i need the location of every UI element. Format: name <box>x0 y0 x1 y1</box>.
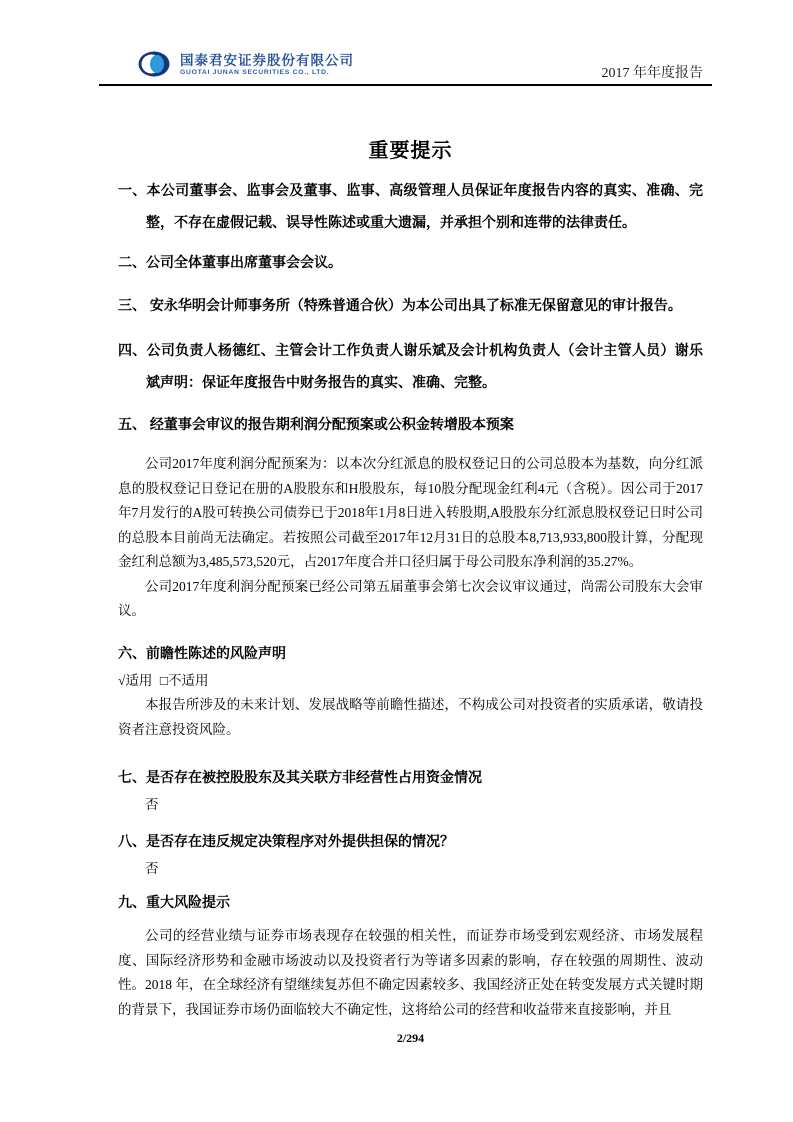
company-logo-icon <box>138 51 172 77</box>
applicability-line: √适用□不适用 <box>118 669 703 694</box>
report-title: 2017 年年度报告 <box>602 62 704 82</box>
section-8-heading: 八、是否存在违反规定决策程序对外提供担保的情况？ <box>118 825 703 857</box>
section-3-audit-report: 三、 安永华明会计师事务所（特殊普通合伙）为本公司出具了标准无保留意见的审计报告… <box>118 289 703 321</box>
section-9-heading: 九、重大风险提示 <box>118 886 703 918</box>
section-4-heading: 四、公司负责人杨德红、主管会计工作负责人谢乐斌及会计机构负责人（会计主管人员）谢… <box>118 334 703 398</box>
section-7-answer: 否 <box>118 793 703 818</box>
document-body: 重要提示 一、本公司董事会、监事会及董事、监事、高级管理人员保证年度报告内容的真… <box>118 138 703 1022</box>
section-1-board-assurance: 一、本公司董事会、监事会及董事、监事、高级管理人员保证年度报告内容的真实、准确、… <box>118 174 703 238</box>
page-number: 2/294 <box>397 1031 424 1045</box>
section-9-major-risk-notice: 九、重大风险提示 公司的经营业绩与证券市场表现存在较强的相关性，而证券市场受到宏… <box>118 886 703 1022</box>
section-4-financial-statement-declaration: 四、公司负责人杨德红、主管会计工作负责人谢乐斌及会计机构负责人（会计主管人员）谢… <box>118 334 703 398</box>
company-name-en: GUOTAI JUNAN SECURITIES CO., LTD. <box>180 68 354 77</box>
page-footer: 2/294 <box>118 1029 703 1047</box>
page-header: 国泰君安证券股份有限公司 GUOTAI JUNAN SECURITIES CO.… <box>0 0 793 86</box>
company-name-cn: 国泰君安证券股份有限公司 <box>180 53 354 68</box>
section-5-profit-distribution-plan: 五、 经董事会审议的报告期利润分配预案或公积金转增股本预案 公司2017年度利润… <box>118 408 703 624</box>
section-2-directors-attendance: 二、公司全体董事出席董事会会议。 <box>118 246 703 278</box>
section-9-paragraph-1: 公司的经营业绩与证券市场表现存在较强的相关性，而证券市场受到宏观经济、市场发展程… <box>118 924 703 1022</box>
section-8-external-guarantees: 八、是否存在违反规定决策程序对外提供担保的情况？ 否 <box>118 825 703 882</box>
section-3-heading: 三、 安永华明会计师事务所（特殊普通合伙）为本公司出具了标准无保留意见的审计报告… <box>118 289 703 321</box>
section-8-answer: 否 <box>118 857 703 882</box>
section-2-heading: 二、公司全体董事出席董事会会议。 <box>118 246 703 278</box>
header-rule <box>99 84 712 86</box>
not-applicable-label: 不适用 <box>168 673 209 688</box>
page-title: 重要提示 <box>118 138 703 164</box>
section-5-paragraph-1: 公司2017年度利润分配预案为：以本次分红派息的股权登记日的公司总股本为基数，向… <box>118 452 703 575</box>
section-7-fund-occupation: 七、是否存在被控股股东及其关联方非经营性占用资金情况 否 <box>118 761 703 818</box>
section-7-heading: 七、是否存在被控股股东及其关联方非经营性占用资金情况 <box>118 761 703 793</box>
applicable-label: 适用 <box>125 673 152 688</box>
company-logo: 国泰君安证券股份有限公司 GUOTAI JUNAN SECURITIES CO.… <box>138 51 354 77</box>
section-6-heading: 六、前瞻性陈述的风险声明 <box>118 637 703 669</box>
company-name-block: 国泰君安证券股份有限公司 GUOTAI JUNAN SECURITIES CO.… <box>180 51 354 77</box>
checkbox-empty-icon: □ <box>160 673 168 688</box>
section-1-heading: 一、本公司董事会、监事会及董事、监事、高级管理人员保证年度报告内容的真实、准确、… <box>118 174 703 238</box>
report-page: 国泰君安证券股份有限公司 GUOTAI JUNAN SECURITIES CO.… <box>0 0 793 1122</box>
section-5-heading: 五、 经董事会审议的报告期利润分配预案或公积金转增股本预案 <box>118 408 703 440</box>
section-5-paragraph-2: 公司2017年度利润分配预案已经公司第五届董事会第七次会议审议通过，尚需公司股东… <box>118 575 703 624</box>
section-6-forward-looking-risk-statement: 六、前瞻性陈述的风险声明 √适用□不适用 本报告所涉及的未来计划、发展战略等前瞻… <box>118 637 703 743</box>
section-6-paragraph-1: 本报告所涉及的未来计划、发展战略等前瞻性描述，不构成公司对投资者的实质承诺，敬请… <box>118 693 703 742</box>
